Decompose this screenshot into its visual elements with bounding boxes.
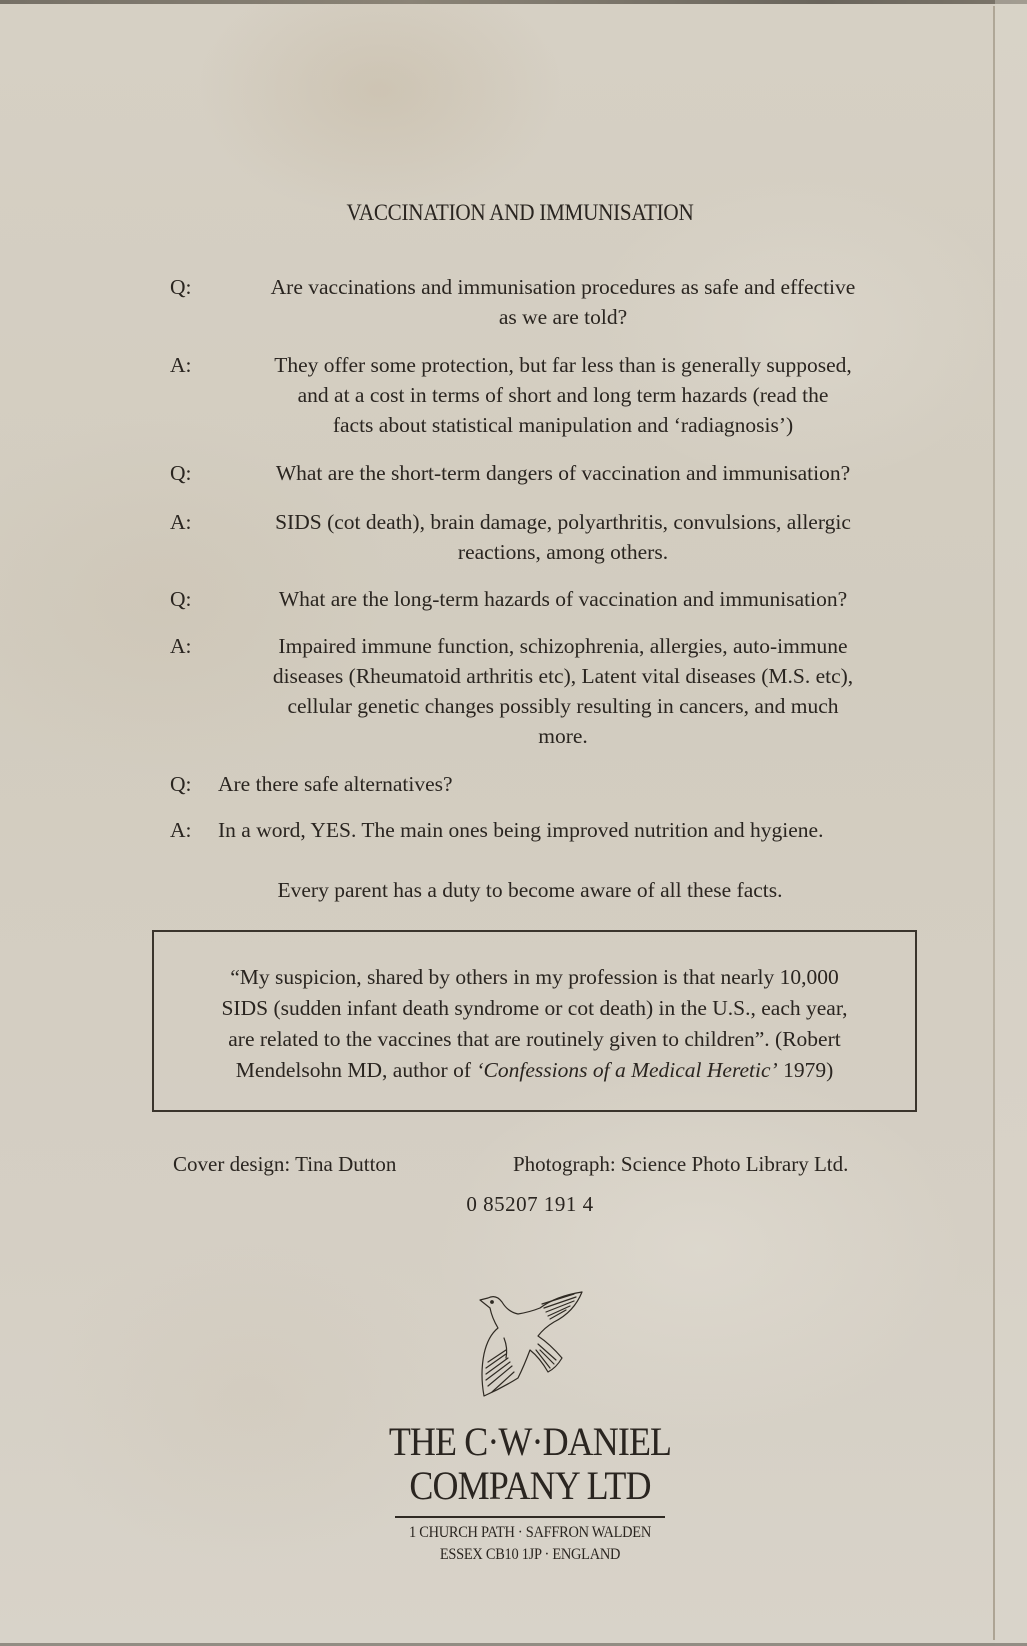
qa-line: Impaired immune function, schizophrenia,… <box>218 631 908 661</box>
publisher-rule <box>395 1516 665 1518</box>
spine-strip <box>995 0 1027 1646</box>
photo-credit: Photograph: Science Photo Library Ltd. <box>513 1152 848 1177</box>
publisher-name-line1: THE C·W·DANIEL <box>53 1420 1007 1464</box>
qa-line: They offer some protection, but far less… <box>218 350 908 380</box>
qa-line: reactions, among others. <box>218 537 908 567</box>
qa-label: A: <box>170 631 192 661</box>
qa-line: SIDS (cot death), brain damage, polyarth… <box>218 507 908 537</box>
cover-credit: Cover design: Tina Dutton <box>173 1152 396 1177</box>
qa-line: cellular genetic changes possibly result… <box>218 691 908 721</box>
quote-line: Mendelsohn MD, author of ‘Confessions of… <box>174 1055 895 1086</box>
isbn: 0 85207 191 4 <box>0 1192 1027 1217</box>
publisher-block: THE C·W·DANIEL COMPANY LTD 1 CHURCH PATH… <box>0 1420 1027 1566</box>
qa-line: Are vaccinations and immunisation proced… <box>218 272 908 302</box>
quote-line: SIDS (sudden infant death syndrome or co… <box>174 993 895 1024</box>
qa-label: Q: <box>170 769 192 799</box>
qa-line: as we are told? <box>218 302 908 332</box>
quote-line: “My suspicion, shared by others in my pr… <box>174 962 895 993</box>
publisher-address-line2: ESSEX CB10 1JP · ENGLAND <box>53 1544 1007 1566</box>
quote-text: “My suspicion, shared by others in my pr… <box>174 962 895 1086</box>
top-edge <box>0 0 1027 4</box>
qa-line: What are the long-term hazards of vaccin… <box>218 584 908 614</box>
qa-label: Q: <box>170 584 192 614</box>
qa-line: Are there safe alternatives? <box>218 769 908 799</box>
qa-line: more. <box>218 721 908 751</box>
bird-icon <box>478 1288 593 1403</box>
qa-label: A: <box>170 350 192 380</box>
page-heading: VACCINATION AND IMMUNISATION <box>42 200 999 226</box>
qa-label: Q: <box>170 272 192 302</box>
qa-label: A: <box>170 815 192 845</box>
qa-label: Q: <box>170 458 192 488</box>
publisher-address-line1: 1 CHURCH PATH · SAFFRON WALDEN <box>53 1522 1007 1544</box>
quote-attribution: Mendelsohn MD, author of <box>236 1058 477 1082</box>
qa-line: and at a cost in terms of short and long… <box>218 380 908 410</box>
parent-note: Every parent has a duty to become aware … <box>0 878 1027 903</box>
qa-line: What are the short-term dangers of vacci… <box>218 458 908 488</box>
qa-line: diseases (Rheumatoid arthritis etc), Lat… <box>218 661 908 691</box>
qa-line: In a word, YES. The main ones being impr… <box>218 815 938 845</box>
qa-line: facts about statistical manipulation and… <box>218 410 908 440</box>
quote-box: “My suspicion, shared by others in my pr… <box>152 930 917 1112</box>
qa-label: A: <box>170 507 192 537</box>
book-title: ‘Confessions of a Medical Heretic’ <box>476 1058 777 1082</box>
publisher-name-line2: COMPANY LTD <box>53 1464 1007 1508</box>
quote-year: 1979) <box>778 1058 834 1082</box>
quote-line: are related to the vaccines that are rou… <box>174 1024 895 1055</box>
fold-line <box>993 6 995 1640</box>
